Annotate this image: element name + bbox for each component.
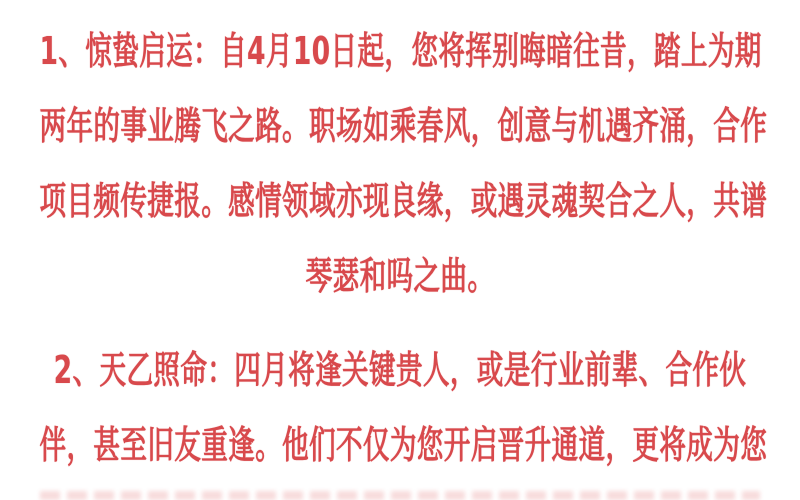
- text-line: 琴瑟和吗之曲。: [40, 239, 761, 314]
- red-text-block: 1、惊蛰启运：自4月10日起，您将挥别晦暗往昔，踏上为期 两年的事业腾飞之路。职…: [40, 14, 761, 483]
- text-line: 1、惊蛰启运：自4月10日起，您将挥别晦暗往昔，踏上为期: [40, 14, 761, 89]
- paragraph-2: 2、天乙照命：四月将逢关键贵人，或是行业前辈、合作伙 伴，甚至旧友重逢。他们不仅…: [40, 333, 761, 483]
- text-line: 伴，甚至旧友重逢。他们不仅为您开启晋升通道，更将成为您: [40, 408, 761, 483]
- paragraph-1: 1、惊蛰启运：自4月10日起，您将挥别晦暗往昔，踏上为期 两年的事业腾飞之路。职…: [40, 14, 761, 314]
- text-line: 2、天乙照命：四月将逢关键贵人，或是行业前辈、合作伙: [40, 333, 761, 408]
- text-line: 项目频传捷报。感情领域亦现良缘，或遇灵魂契合之人，共谱: [40, 164, 761, 239]
- cut-off-next-line: [40, 491, 760, 500]
- text-line: 两年的事业腾飞之路。职场如乘春风，创意与机遇齐涌，合作: [40, 89, 761, 164]
